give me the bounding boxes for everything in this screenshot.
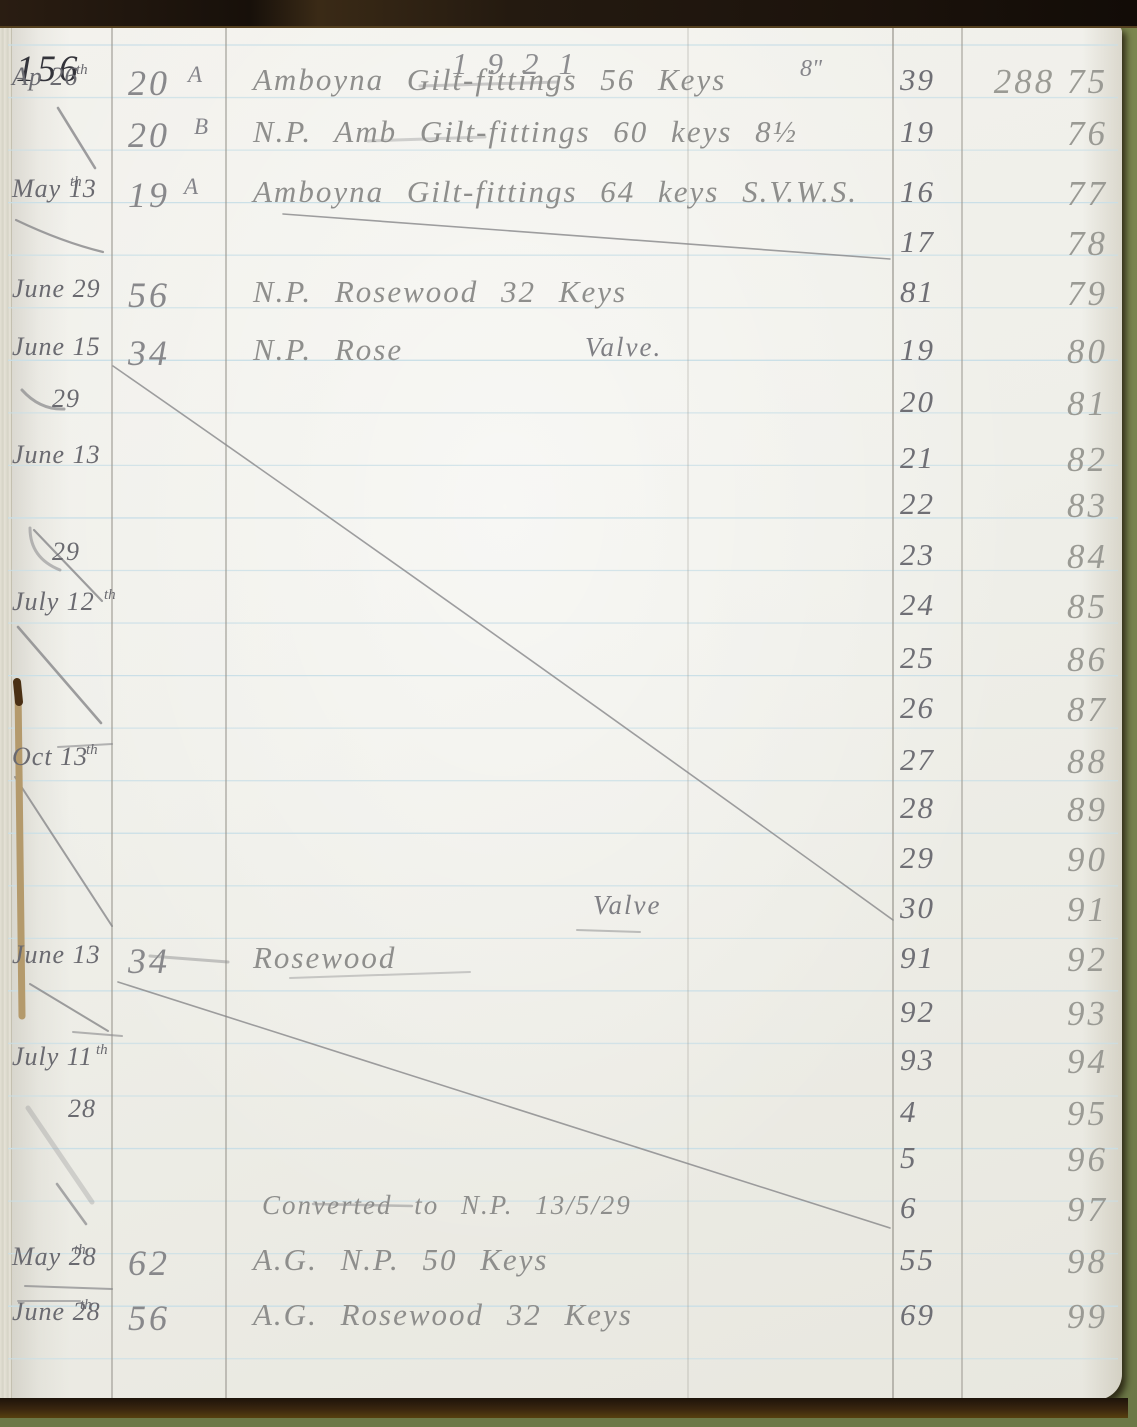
folio-cell: 77 [958, 174, 1108, 214]
folio-cell: 79 [958, 274, 1108, 314]
count-cell: 22 [900, 486, 935, 522]
book-cover-bottom-edge [0, 1398, 1128, 1418]
ledger-row: June 13 21 82 [0, 440, 1122, 488]
folio-cell: 83 [958, 486, 1108, 526]
count-cell: 81 [900, 274, 935, 310]
count-cell: 55 [900, 1242, 935, 1278]
ledger-row: 28 4 95 [0, 1094, 1122, 1142]
folio-cell: 81 [958, 384, 1108, 424]
date-cell: Oct 13 [12, 742, 88, 772]
description-cell: Rosewood [253, 940, 396, 976]
date-superscript: th [70, 174, 82, 191]
book-cover-top-edge [0, 0, 1137, 28]
folio-cell: 85 [958, 587, 1108, 627]
date-superscript: th [80, 1297, 92, 1314]
count-cell: 6 [900, 1190, 918, 1226]
count-cell: 29 [900, 840, 935, 876]
count-cell: 92 [900, 994, 935, 1030]
date-cell: June 15 [12, 332, 101, 362]
date-cell: June 13 [12, 440, 101, 470]
count-cell: 30 [900, 890, 935, 926]
count-cell: 93 [900, 1042, 935, 1078]
ledger-row: 17 78 [0, 224, 1122, 272]
count-cell: 25 [900, 640, 935, 676]
ledger-row: 26 87 [0, 690, 1122, 738]
ledger-book-scan: 156 1921 8" Ap 26 th 20 A Amboyna Gilt-f… [0, 0, 1137, 1427]
count-cell: 20 [900, 384, 935, 420]
count-cell: 19 [900, 114, 935, 150]
folio-cell: 91 [958, 890, 1108, 930]
folio-cell: 90 [958, 840, 1108, 880]
description-cell: Amboyna Gilt-fittings 56 Keys [253, 62, 726, 98]
ledger-row: 25 86 [0, 640, 1122, 688]
ledger-row: 92 93 [0, 994, 1122, 1042]
count-cell: 23 [900, 537, 935, 573]
date-cell: 29 [52, 384, 80, 414]
ledger-row: June 15 34 N.P. Rose Valve. 19 80 [0, 332, 1122, 380]
folio-cell: 89 [958, 790, 1108, 830]
date-superscript: th [104, 587, 116, 604]
date-superscript: th [86, 742, 98, 759]
ledger-row: Ap 26 th 20 A Amboyna Gilt-fittings 56 K… [0, 62, 1122, 110]
date-cell: June 13 [12, 940, 101, 970]
ledger-row: May 28 th 62 A.G. N.P. 50 Keys 55 98 [0, 1242, 1122, 1290]
quantity-cell: 19 [128, 174, 170, 216]
count-cell: 4 [900, 1094, 918, 1130]
description-cell: A.G. Rosewood 32 Keys [253, 1297, 633, 1333]
ledger-row: June 28 th 56 A.G. Rosewood 32 Keys 69 9… [0, 1297, 1122, 1345]
count-cell: 69 [900, 1297, 935, 1333]
description-cell: A.G. N.P. 50 Keys [253, 1242, 548, 1278]
count-cell: 24 [900, 587, 935, 623]
count-cell: 28 [900, 790, 935, 826]
count-cell: 21 [900, 440, 935, 476]
quantity-cell: 20 [128, 114, 170, 156]
ledger-row: 29 23 84 [0, 537, 1122, 585]
count-cell: 5 [900, 1140, 918, 1176]
quantity-superscript: B [194, 114, 208, 140]
ledger-row: July 12 th 24 85 [0, 587, 1122, 635]
ledger-page: 156 1921 8" Ap 26 th 20 A Amboyna Gilt-f… [0, 26, 1122, 1400]
count-cell: 16 [900, 174, 935, 210]
count-cell: 17 [900, 224, 935, 260]
folio-cell: 93 [958, 994, 1108, 1034]
quantity-cell: 56 [128, 274, 170, 316]
date-cell: June 29 [12, 274, 101, 304]
quantity-cell: 56 [128, 1297, 170, 1339]
description-note-cell: Valve. [585, 332, 662, 363]
ledger-row: 28 89 [0, 790, 1122, 838]
date-cell: July 11 [12, 1042, 93, 1072]
count-cell: 91 [900, 940, 935, 976]
ledger-row: May 13 th 19 A Amboyna Gilt-fittings 64 … [0, 174, 1122, 222]
description-cell: N.P. Rosewood 32 Keys [253, 274, 627, 310]
folio-cell: 96 [958, 1140, 1108, 1180]
folio-cell: 99 [958, 1297, 1108, 1337]
description-cell: N.P. Amb Gilt-fittings 60 keys 8½ [253, 114, 798, 150]
folio-cell: 86 [958, 640, 1108, 680]
description-cell: Amboyna Gilt-fittings 64 keys S.V.W.S. [253, 174, 858, 210]
count-cell: 27 [900, 742, 935, 778]
date-superscript: th [76, 62, 88, 79]
folio-cell: 76 [958, 114, 1108, 154]
ledger-row: Converted to N.P. 13/5/29 6 97 [0, 1190, 1122, 1238]
date-cell: 28 [68, 1094, 96, 1124]
folio-cell: 80 [958, 332, 1108, 372]
date-cell: 29 [52, 537, 80, 567]
date-superscript: th [74, 1242, 86, 1259]
count-cell: 19 [900, 332, 935, 368]
ledger-row: Valve 30 91 [0, 890, 1122, 938]
date-cell: Ap 26 [12, 62, 78, 92]
folio-cell: 95 [958, 1094, 1108, 1134]
ledger-row: June 29 56 N.P. Rosewood 32 Keys 81 79 [0, 274, 1122, 322]
ledger-row: July 11 th 93 94 [0, 1042, 1122, 1090]
ledger-row: 5 96 [0, 1140, 1122, 1188]
count-cell: 39 [900, 62, 935, 98]
folio-cell: 288 75 [958, 62, 1108, 102]
quantity-cell: 20 [128, 62, 170, 104]
quantity-superscript: A [184, 174, 198, 200]
quantity-cell: 34 [128, 332, 170, 374]
quantity-cell: 34 [128, 940, 170, 982]
folio-cell: 88 [958, 742, 1108, 782]
folio-cell: 78 [958, 224, 1108, 264]
date-cell: May 13 [12, 174, 97, 204]
ledger-row: 20 B N.P. Amb Gilt-fittings 60 keys 8½ 1… [0, 114, 1122, 162]
folio-cell: 84 [958, 537, 1108, 577]
description-cell: N.P. Rose [253, 332, 403, 368]
description-cell: Converted to N.P. 13/5/29 [262, 1190, 632, 1221]
quantity-superscript: A [188, 62, 202, 88]
folio-cell: 97 [958, 1190, 1108, 1230]
ledger-row: 29 90 [0, 840, 1122, 888]
ledger-row: 29 20 81 [0, 384, 1122, 432]
ledger-row: Oct 13 th 27 88 [0, 742, 1122, 790]
count-cell: 26 [900, 690, 935, 726]
description-note-cell: Valve [593, 890, 661, 921]
folio-cell: 94 [958, 1042, 1108, 1082]
ledger-row: June 13 34 Rosewood 91 92 [0, 940, 1122, 988]
folio-cell: 82 [958, 440, 1108, 480]
folio-cell: 92 [958, 940, 1108, 980]
folio-cell: 98 [958, 1242, 1108, 1282]
ledger-row: 22 83 [0, 486, 1122, 534]
date-superscript: th [96, 1042, 108, 1059]
folio-cell: 87 [958, 690, 1108, 730]
date-cell: July 12 [12, 587, 95, 617]
quantity-cell: 62 [128, 1242, 170, 1284]
